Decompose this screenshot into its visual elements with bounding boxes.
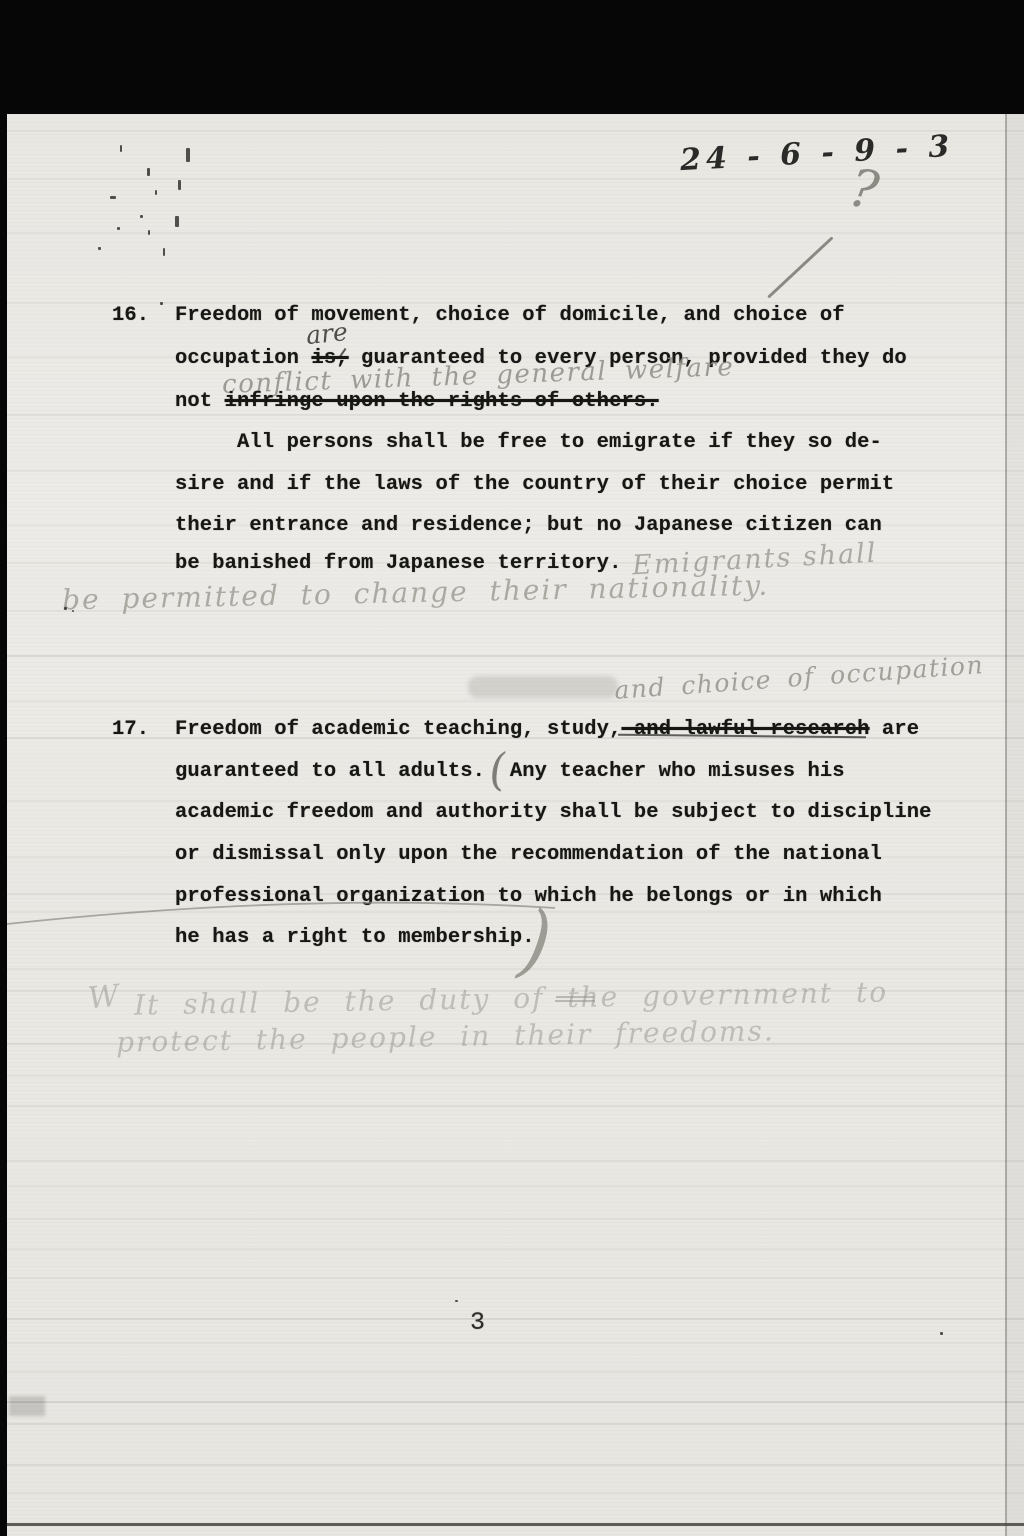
erased-pencil-smudge — [468, 676, 618, 698]
scan-streak — [7, 130, 1024, 132]
item-17-line-4: or dismissal only upon the recommendatio… — [175, 842, 882, 868]
scan-streak — [7, 1218, 1024, 1220]
scanned-document-page: 24 - 6 - 9 - 3 ? 16. Freedom of movement… — [0, 0, 1024, 1536]
scan-streak — [7, 1105, 1024, 1107]
scan-streak — [7, 562, 1024, 564]
scan-streak — [7, 1423, 1024, 1425]
scan-streak — [7, 1160, 1024, 1162]
scan-streak — [7, 1464, 1024, 1466]
scan-streak — [7, 1401, 1024, 1403]
scan-streak — [7, 610, 1024, 612]
ink-speck — [178, 180, 181, 190]
scan-streak — [7, 655, 1024, 657]
ink-speck — [120, 145, 122, 152]
item-17-line-3: academic freedom and authority shall be … — [175, 800, 932, 826]
ink-speck — [155, 190, 157, 195]
ink-speck — [186, 148, 190, 162]
item-16-line-1: Freedom of movement, choice of domicile,… — [175, 303, 845, 329]
scan-streak — [7, 1492, 1024, 1494]
pencil-note-mark: W — [86, 978, 120, 1016]
ink-speck — [147, 168, 150, 176]
item-16-para-line-1: All persons shall be free to emigrate if… — [237, 430, 882, 456]
ink-speck — [64, 607, 67, 610]
scan-streak — [7, 178, 1024, 180]
scan-streak — [7, 700, 1024, 702]
item-16-line-3: not infringe upon the rights of others. — [175, 389, 659, 415]
ink-speck — [163, 248, 165, 256]
scan-streak — [7, 356, 1024, 358]
scan-streak — [7, 232, 1024, 234]
line-3-text: not — [175, 390, 225, 413]
ink-speck — [98, 247, 101, 250]
item-16-para-line-3: their entrance and residence; but no Jap… — [175, 513, 882, 539]
corner-smudge — [9, 1396, 45, 1416]
ink-speck — [140, 215, 143, 218]
scan-streak — [7, 911, 1024, 913]
scan-streak — [7, 470, 1024, 472]
note-strike-1 — [556, 996, 594, 998]
ink-speck — [175, 216, 179, 227]
item-16-number: 16. — [112, 303, 149, 329]
scan-streak — [7, 1277, 1024, 1279]
item-17-number: 17. — [112, 717, 149, 743]
scan-streak — [7, 990, 1024, 992]
ink-speck — [455, 1300, 458, 1302]
item-16-para-line-2: sire and if the laws of the country of t… — [175, 472, 894, 498]
scan-streak — [7, 893, 1024, 895]
scan-streak — [7, 1248, 1024, 1250]
scan-streak — [7, 1318, 1024, 1320]
item-17-line-2: guaranteed to all adults. Any teacher wh… — [175, 759, 845, 785]
scan-streak — [7, 524, 1024, 526]
scan-streak — [7, 414, 1024, 416]
ink-speck — [940, 1332, 943, 1335]
page-number: 3 — [470, 1310, 485, 1336]
scan-dark-line — [7, 1523, 1024, 1526]
ink-speck — [160, 302, 163, 305]
ink-speck — [148, 230, 150, 235]
note-strike-2 — [555, 1000, 595, 1002]
stray-pencil-curve — [7, 888, 567, 938]
ink-speck — [72, 610, 74, 612]
ink-speck — [117, 227, 120, 230]
struck-phrase-infringe: infringe upon the rights of others. — [225, 390, 659, 413]
ink-speck — [110, 196, 116, 199]
scan-streak — [7, 1043, 1024, 1045]
scan-streak — [7, 968, 1024, 970]
scan-streak — [7, 1185, 1024, 1187]
scan-streak — [7, 856, 1024, 858]
paper-edge-shadow — [1006, 114, 1024, 1536]
scan-streak — [7, 1342, 1024, 1344]
item-17-line-1: Freedom of academic teaching, study, and… — [175, 717, 919, 743]
scan-streak — [7, 800, 1024, 802]
scan-streak — [7, 737, 1024, 739]
scan-streak — [7, 1075, 1024, 1077]
scan-streak — [7, 1371, 1024, 1373]
